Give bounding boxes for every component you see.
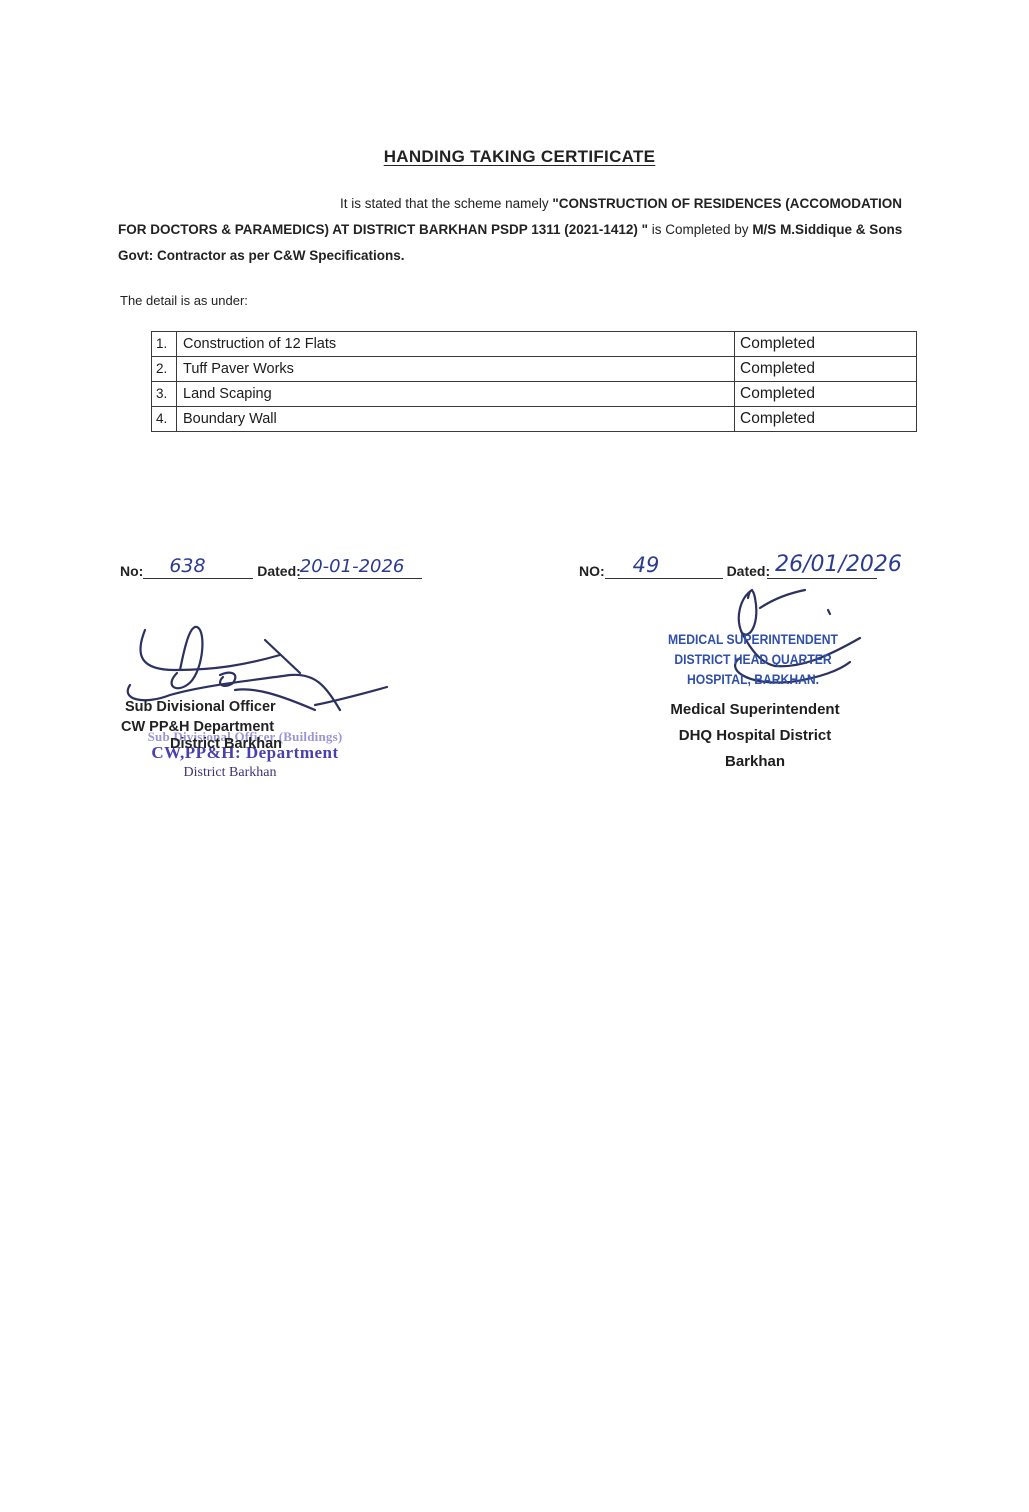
row-number: 1. xyxy=(152,332,177,357)
work-status: Completed xyxy=(735,407,917,432)
table-row: 3. Land Scaping Completed xyxy=(152,382,917,407)
intro-lead: It is stated that the scheme namely xyxy=(340,196,552,211)
right-no-value: 49 xyxy=(633,553,660,577)
left-dated-label: Dated: xyxy=(257,563,301,579)
right-reference: NO:49 Dated:26/01/2026 xyxy=(579,558,877,579)
left-dated-field: 20-01-2026 xyxy=(298,558,422,579)
works-table: 1. Construction of 12 Flats Completed 2.… xyxy=(151,331,917,432)
work-item: Land Scaping xyxy=(177,382,735,407)
detail-label: The detail is as under: xyxy=(120,293,248,308)
work-item: Boundary Wall xyxy=(177,407,735,432)
right-dated-value: 26/01/2026 xyxy=(775,552,902,577)
left-designation-line1: Sub Divisional Officer xyxy=(121,697,351,717)
table-row: 1. Construction of 12 Flats Completed xyxy=(152,332,917,357)
right-designation: Medical Superintendent DHQ Hospital Dist… xyxy=(640,697,870,775)
intro-connector: is Completed by xyxy=(648,222,752,237)
row-number: 2. xyxy=(152,357,177,382)
right-no-label: NO: xyxy=(579,563,605,579)
left-designation-line3: District Barkhan xyxy=(101,734,351,754)
left-no-label: No: xyxy=(120,563,143,579)
right-official-stamp: MEDICAL SUPERINTENDENT DISTRICT HEAD QUA… xyxy=(645,630,861,690)
right-dated-label: Dated: xyxy=(727,563,771,579)
right-dated-field: 26/01/2026 xyxy=(767,558,877,579)
work-status: Completed xyxy=(735,332,917,357)
right-stamp-line3: HOSPITAL, BARKHAN. xyxy=(645,670,861,690)
left-reference: No:638 Dated:20-01-2026 xyxy=(120,558,422,579)
left-designation: Sub Divisional Officer CW PP&H Departmen… xyxy=(121,697,351,754)
right-stamp-line2: DISTRICT HEAD QUARTER xyxy=(645,650,861,670)
left-dated-value: 20-01-2026 xyxy=(300,556,405,577)
left-no-field: 638 xyxy=(143,558,253,579)
certificate-title: HANDING TAKING CERTIFICATE xyxy=(0,147,1029,167)
intro-paragraph: It is stated that the scheme namely "CON… xyxy=(118,191,918,269)
right-no-field: 49 xyxy=(605,558,723,579)
right-stamp-line1: MEDICAL SUPERINTENDENT xyxy=(645,630,861,650)
right-designation-line1: Medical Superintendent xyxy=(640,697,870,723)
work-status: Completed xyxy=(735,382,917,407)
work-item: Tuff Paver Works xyxy=(177,357,735,382)
work-status: Completed xyxy=(735,357,917,382)
table-row: 4. Boundary Wall Completed xyxy=(152,407,917,432)
left-stamp-line3: District Barkhan xyxy=(95,765,365,781)
left-no-value: 638 xyxy=(169,555,205,577)
row-number: 3. xyxy=(152,382,177,407)
table-row: 2. Tuff Paver Works Completed xyxy=(152,357,917,382)
row-number: 4. xyxy=(152,407,177,432)
work-item: Construction of 12 Flats xyxy=(177,332,735,357)
right-designation-line3: Barkhan xyxy=(640,749,870,775)
right-designation-line2: DHQ Hospital District xyxy=(640,723,870,749)
